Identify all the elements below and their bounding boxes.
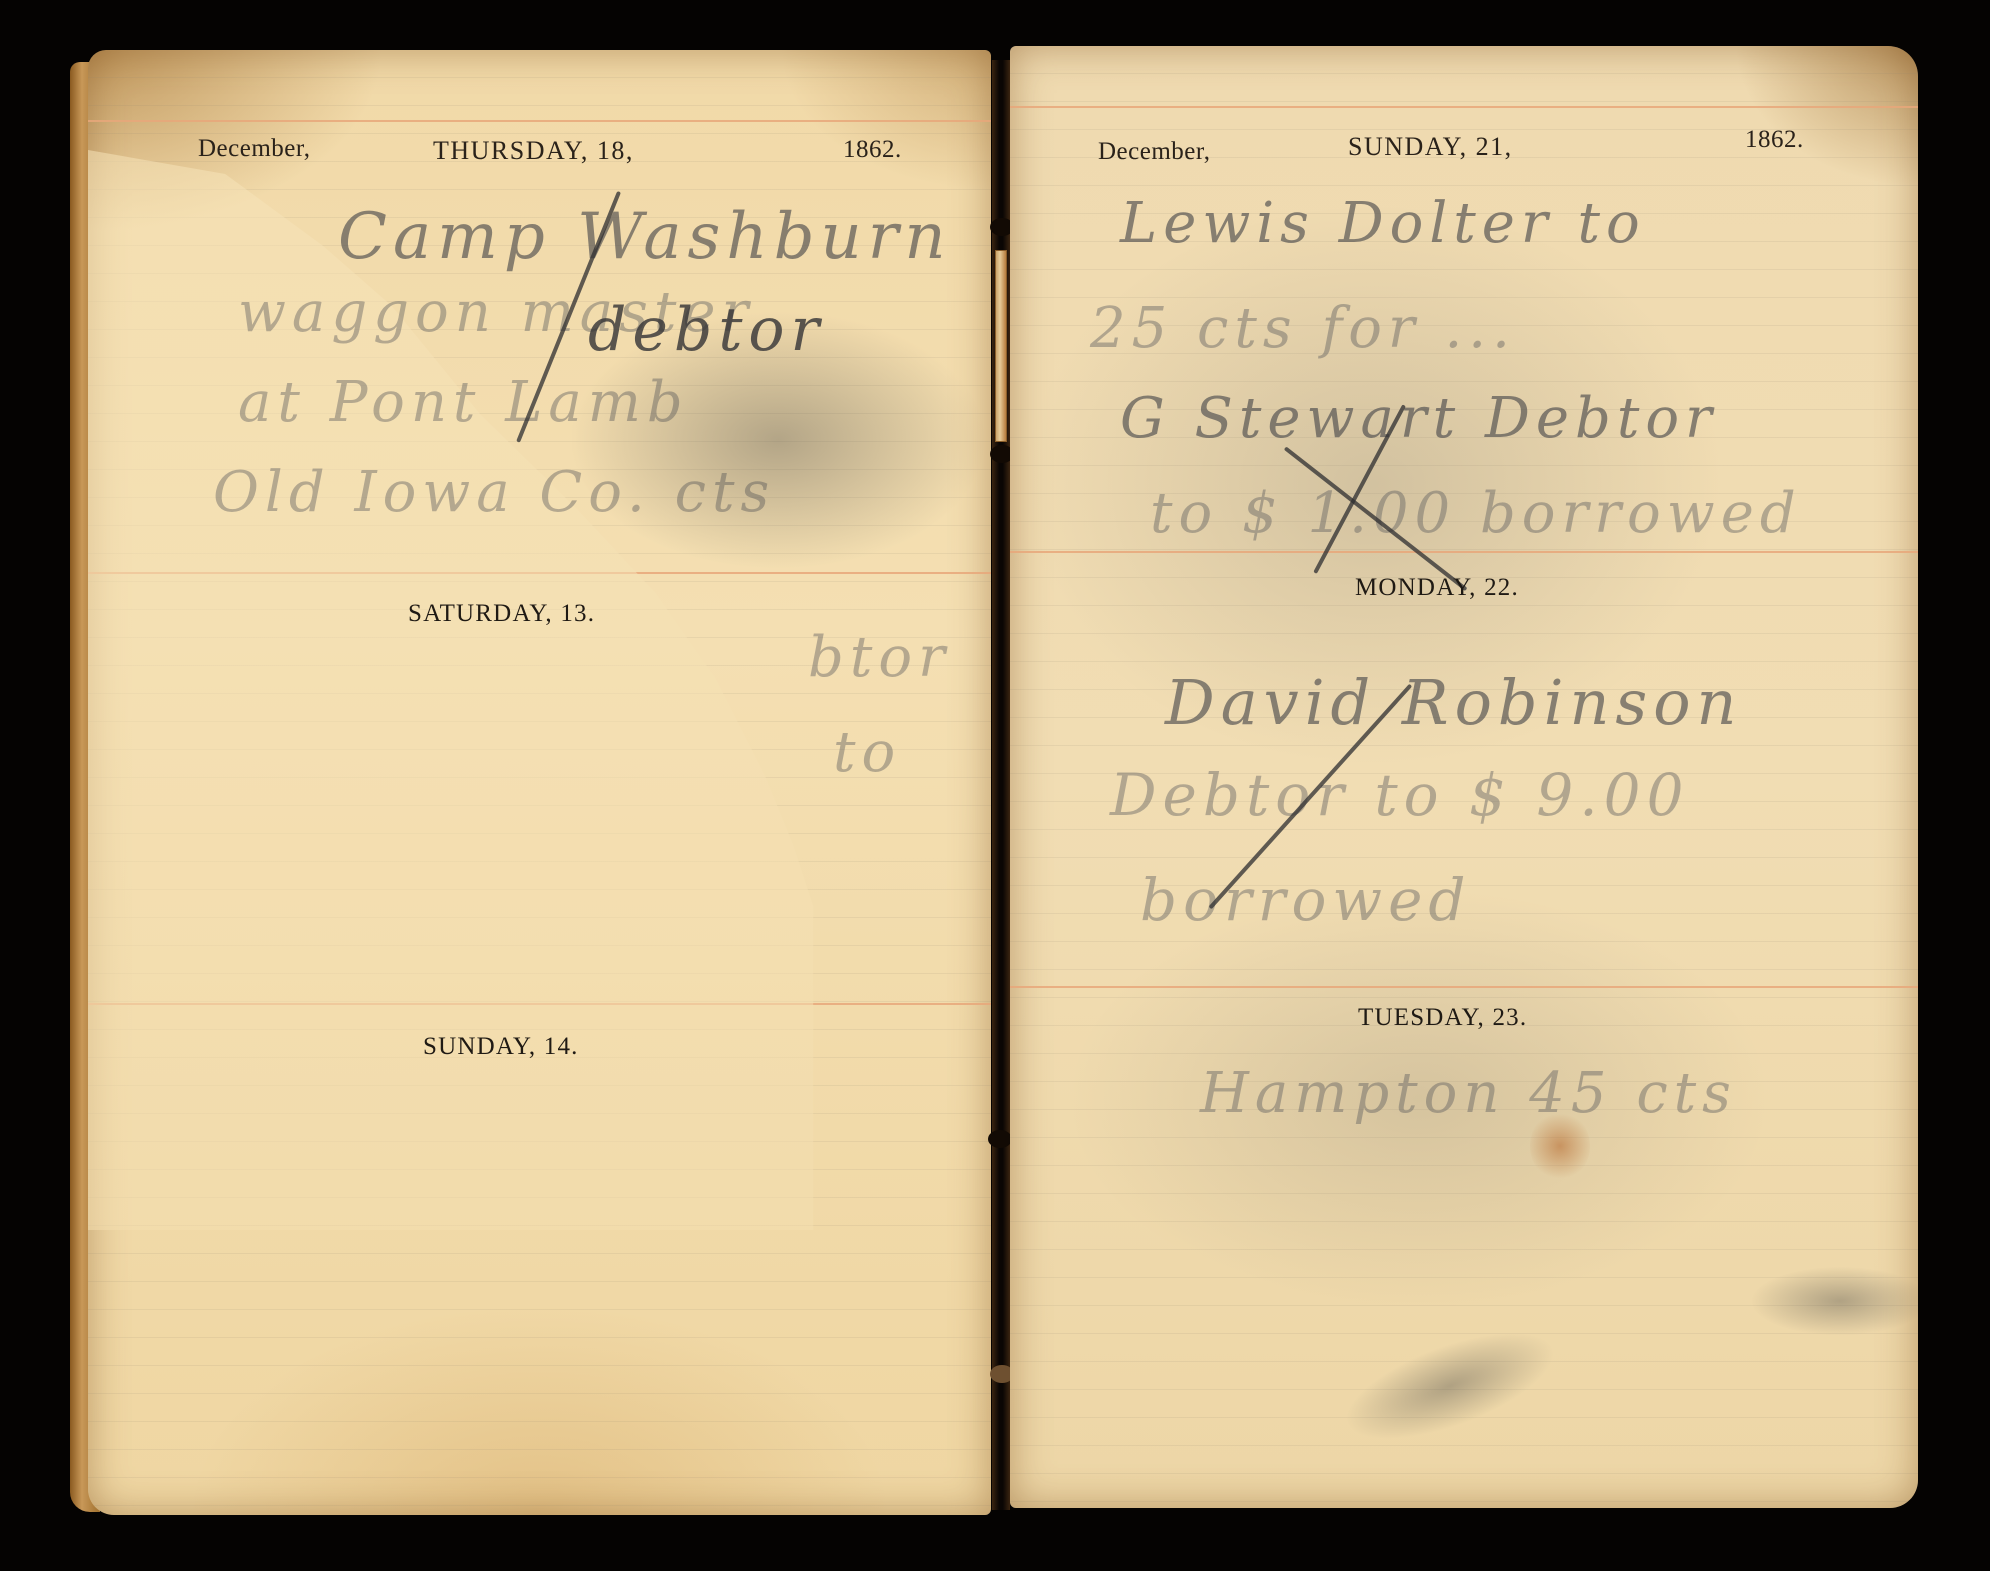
day-heading-monday: MONDAY, 22. (1355, 574, 1519, 602)
handwriting-line: 25 cts for ... (1090, 296, 1516, 361)
show-through-text: btor (808, 625, 951, 690)
header-year: 1862. (1745, 126, 1804, 154)
handwriting-line: Hampton 45 cts (1200, 1061, 1737, 1126)
binding-tape (995, 250, 1007, 442)
day-heading-sunday: SUNDAY, 14. (423, 1033, 579, 1061)
header-day: THURSDAY, 18, (433, 136, 634, 166)
handwriting-line: Lewis Dolter to (1120, 191, 1646, 256)
handwriting-line: to $ 1.00 borrowed (1150, 481, 1802, 546)
binding-stitch (988, 1130, 1012, 1148)
graphite-smudge (568, 310, 988, 570)
handwriting-line: Camp Washburn (338, 200, 952, 274)
handwriting-line: Debtor to $ 9.00 (1110, 761, 1689, 829)
section-rule (1010, 551, 1918, 553)
rust-stain (1530, 1111, 1590, 1181)
header-month: December, (198, 135, 310, 163)
left-page: December, THURSDAY, 18, 1862. Camp Washb… (88, 50, 991, 1515)
day-heading-tuesday: TUESDAY, 23. (1358, 1004, 1527, 1032)
graphite-smudge (1750, 1266, 1918, 1336)
header-rule (1010, 106, 1918, 108)
header-year: 1862. (843, 136, 902, 164)
handwriting-line: borrowed (1140, 866, 1472, 934)
handwriting-line: G Stewart Debtor (1120, 386, 1718, 451)
day-heading-saturday: SATURDAY, 13. (408, 600, 595, 628)
right-page: December, SUNDAY, 21, 1862. Lewis Dolter… (1010, 46, 1918, 1508)
section-rule (1010, 986, 1918, 988)
show-through-text: to (833, 720, 901, 785)
header-day: SUNDAY, 21, (1348, 132, 1513, 162)
header-rule (88, 120, 991, 122)
header-month: December, (1098, 138, 1210, 166)
handwriting-line: David Robinson (1165, 666, 1742, 739)
